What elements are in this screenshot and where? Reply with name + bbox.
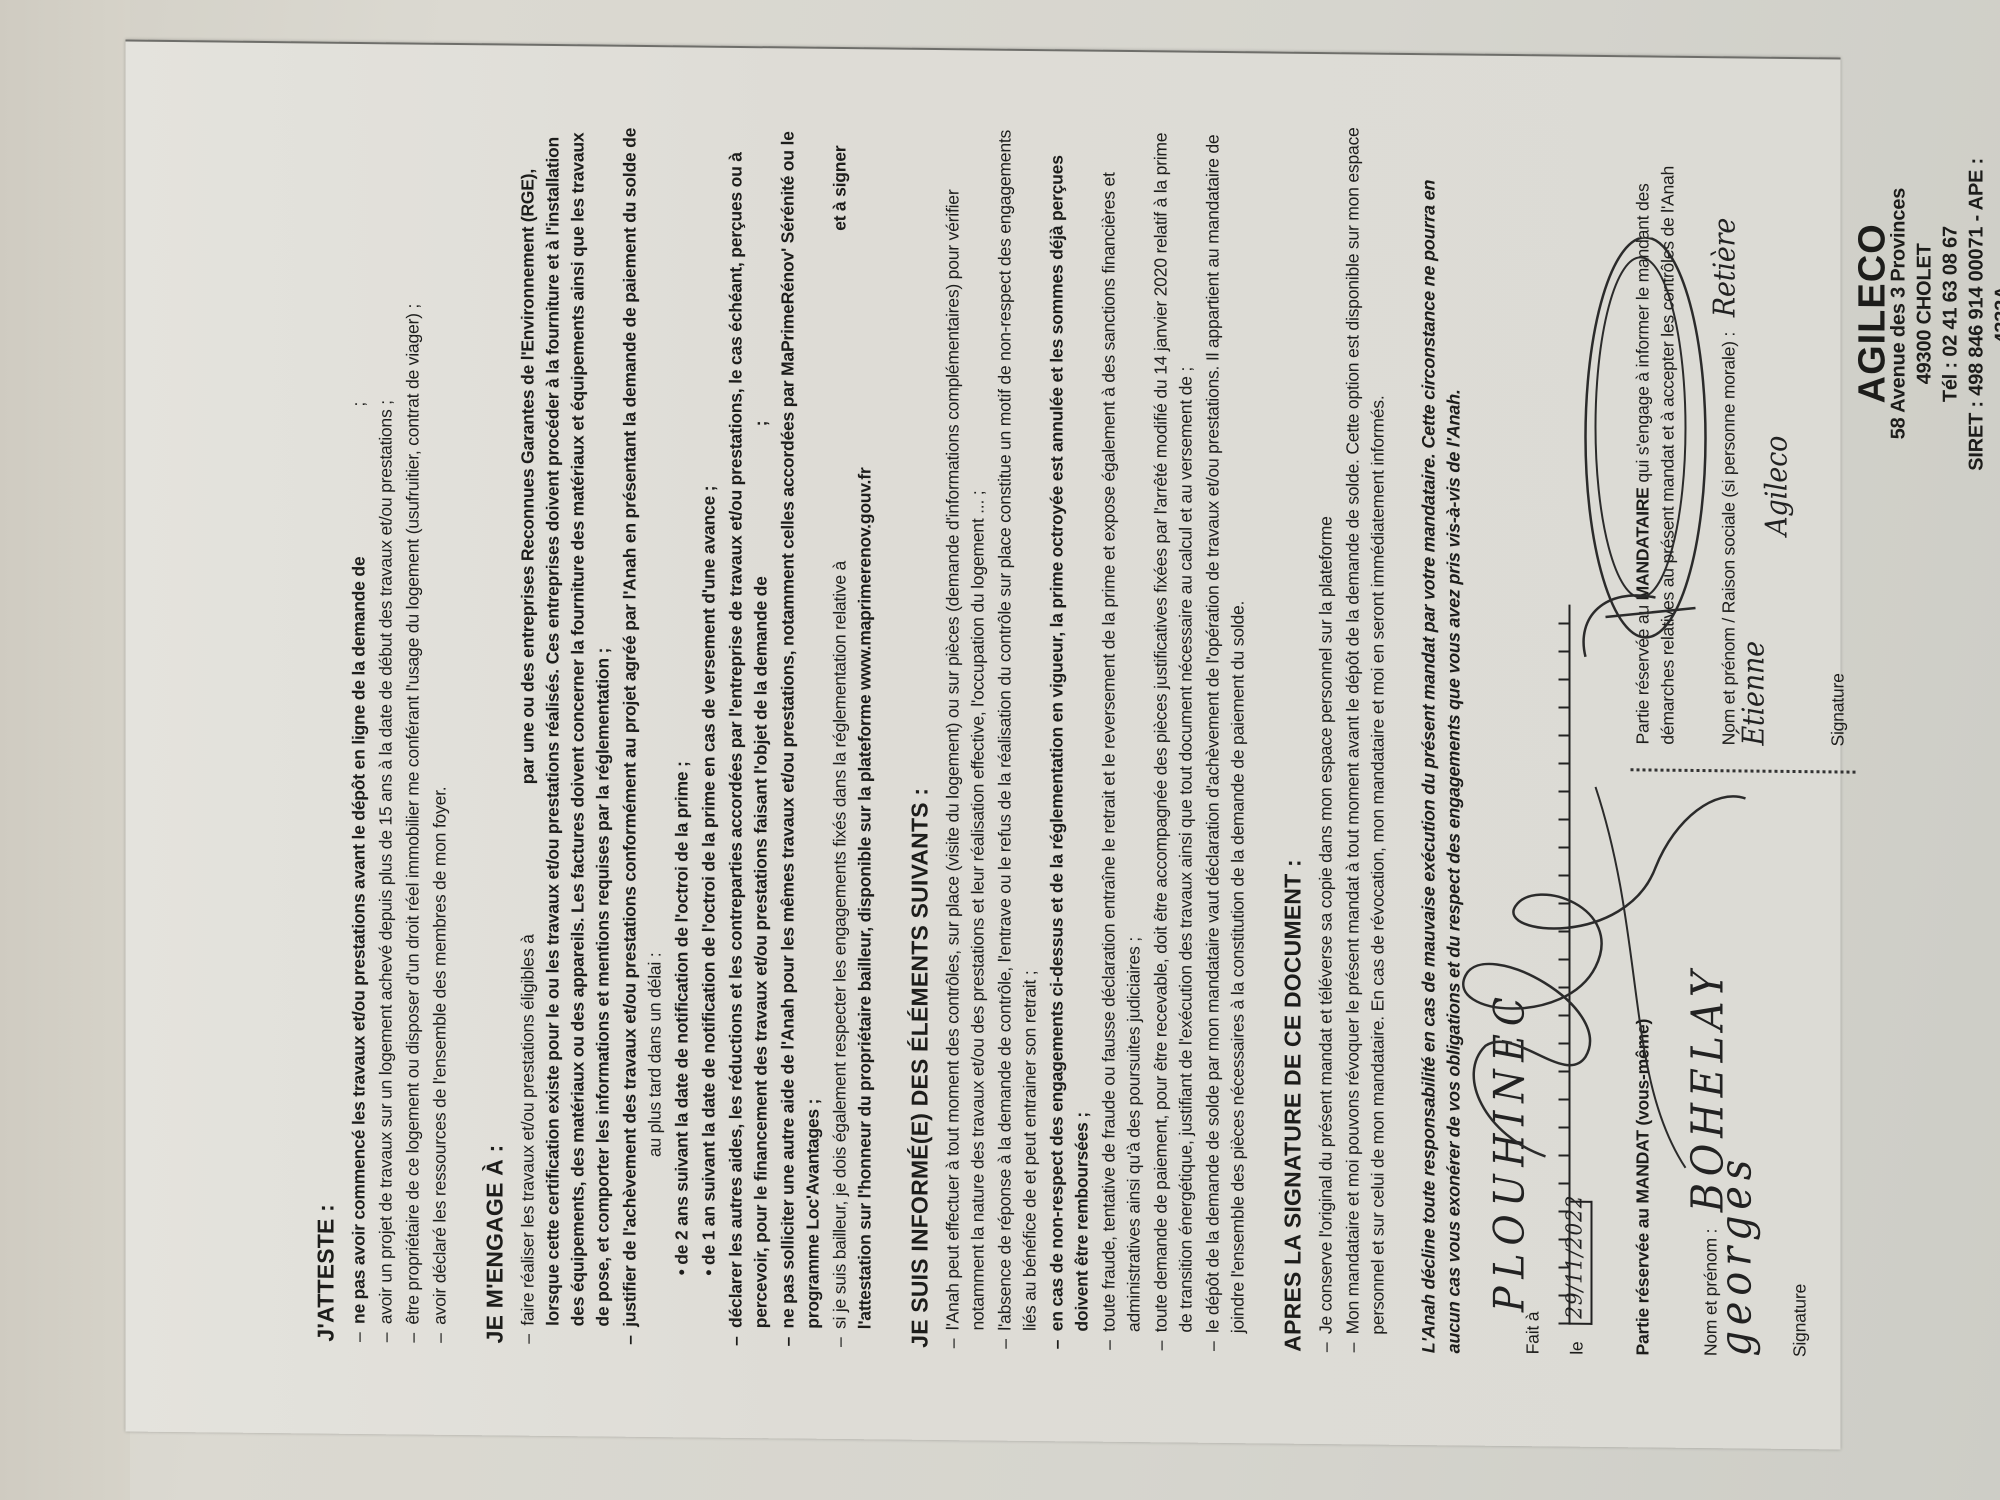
signature-section: Partie réservée au MANDAT (vous-même) No… xyxy=(1630,127,2000,1359)
informed-item-balance: le dépôt de la demande de solde par mon … xyxy=(1200,122,1250,1351)
after-item-revoke: Mon mandataire et moi pouvons révoquer l… xyxy=(1340,124,1390,1353)
mandant-name-row: Nom et prénom : BOHELAY georges xyxy=(1695,795,1751,1356)
after-item-keep-original: Je conserve l'original du présent mandat… xyxy=(1313,123,1338,1351)
mandataire-section: Partie réservée au MANDATAIRE qui s'enga… xyxy=(1630,127,2000,748)
mandate-document: J'ATTESTE : ne pas avoir commencé les tr… xyxy=(125,39,1840,1449)
stamp-city: 49300 CHOLET xyxy=(1911,130,1937,497)
engage-item-justify: justifier de l'achèvement des travaux et… xyxy=(617,116,667,1345)
mandant-section: Partie réservée au MANDAT (vous-même) No… xyxy=(1630,795,2000,1359)
stamp-address: 58 Avenue des 3 Provinces xyxy=(1885,129,1911,496)
mandataire-name-label: Nom et prénom / Raison sociale (si perso… xyxy=(1718,331,1738,745)
informed-item-payment: toute demande de paiement, pour être rec… xyxy=(1148,122,1198,1351)
photographed-page: J'ATTESTE : ne pas avoir commencé les tr… xyxy=(125,48,1840,1440)
engage-deadline-1-year: de 1 an suivant la date de notification … xyxy=(696,117,721,1345)
place-label: Fait à xyxy=(1520,1311,1545,1354)
engage-deadline-2-years: de 2 ans suivant la date de notification… xyxy=(669,117,694,1345)
date-label: le xyxy=(1564,1341,1589,1354)
company-stamp: AGILECO 58 Avenue des 3 Provinces 49300 … xyxy=(1860,129,2000,498)
after-signature-heading: APRES LA SIGNATURE DE CE DOCUMENT : xyxy=(1280,123,1305,1351)
attest-item-3: être propriétaire de ce logement ou disp… xyxy=(400,114,425,1342)
mandataire-title: Partie réservée au MANDATAIRE qui s'enga… xyxy=(1630,127,1680,745)
mandataire-company-value[interactable]: Agileco xyxy=(1764,128,1789,535)
informed-heading: JE SUIS INFORMÉ(E) DES ÉLÉMENTS SUIVANTS… xyxy=(907,119,932,1347)
mandataire-signature-label: Signature xyxy=(1825,129,1850,746)
informed-item-fraud: toute fraude, tentative de fraude ou fau… xyxy=(1096,121,1146,1350)
engage-item-no-other-aid: ne pas solliciter une autre aide de l'An… xyxy=(775,118,825,1347)
stamp-ids: SIRET : 498 846 914 00071 - APE : 4332A xyxy=(1963,130,2000,498)
engage-item-declare: déclarer les autres aides, les réduction… xyxy=(723,117,773,1346)
place-value: PLOUHINEC xyxy=(1496,989,1521,1312)
place-date-block: Fait à le PLOUHINEC 29/11/2022 xyxy=(1506,125,1596,1354)
engage-item-rge: faire réaliser les travaux et/ou prestat… xyxy=(515,115,615,1344)
stamp-company: AGILECO xyxy=(1860,129,1885,496)
stamp-phone: Tél : 02 41 63 08 67 xyxy=(1937,130,1963,497)
informed-item-non-respect: en cas de non-respect des engagements ci… xyxy=(1044,121,1094,1350)
attest-item-4: avoir déclaré les ressources de l'ensemb… xyxy=(427,114,452,1342)
engage-item-landlord: si je suis bailleur, je dois également r… xyxy=(827,118,877,1347)
mandant-signature-label: Signature xyxy=(1787,796,1812,1356)
attest-item-2: avoir un projet de travaux sur un logeme… xyxy=(373,114,398,1342)
anah-disclaimer: L'Anah décline toute responsabilité en c… xyxy=(1416,125,1466,1354)
informed-item-controls: l'Anah peut effectuer à tout moment des … xyxy=(940,120,990,1349)
mandataire-name-row: Nom et prénom / Raison sociale (si perso… xyxy=(1712,128,1789,746)
date-value: 29/11/2022 xyxy=(1562,1194,1587,1318)
informed-item-no-response: l'absence de réponse à la demande de con… xyxy=(992,120,1042,1349)
mandant-name-value[interactable]: BOHELAY georges xyxy=(1682,964,1761,1356)
mandant-title: Partie réservée au MANDAT (vous-même) xyxy=(1630,795,1655,1355)
engage-heading: JE M'ENGAGE À : xyxy=(482,115,507,1343)
attest-heading: J'ATTESTE : xyxy=(313,113,338,1341)
column-divider xyxy=(1630,768,1855,773)
attest-item-1: ne pas avoir commencé les travaux et/ou … xyxy=(346,113,371,1341)
background-surface xyxy=(0,0,130,1500)
